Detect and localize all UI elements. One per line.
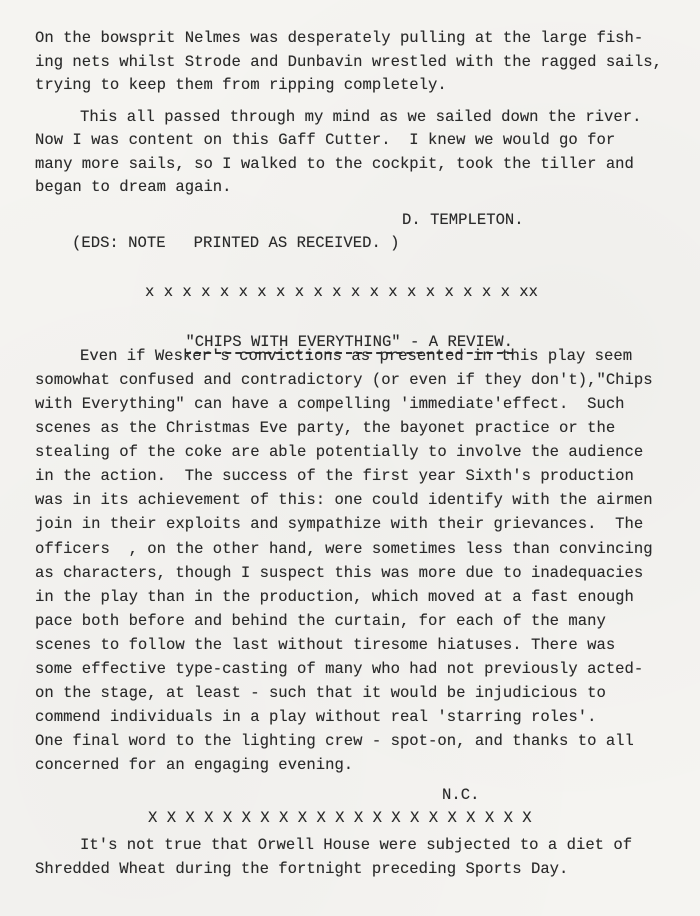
review-line: pace both before and behind the curtain,… (35, 612, 606, 630)
footnote-line: It's not true that Orwell House were sub… (80, 836, 632, 854)
author-signature: D. TEMPLETON. (402, 211, 524, 229)
review-line: as characters, though I suspect this was… (35, 564, 643, 582)
typewritten-page: On the bowsprit Nelmes was desperately p… (0, 0, 700, 916)
review-line: was in its achievement of this: one coul… (35, 491, 653, 509)
story-line: Now I was content on this Gaff Cutter. I… (35, 131, 615, 149)
story-line: On the bowsprit Nelmes was desperately p… (35, 29, 643, 47)
review-line: with Everything" can have a compelling '… (35, 395, 625, 413)
review-line: Even if Wesker's convictions as presente… (80, 347, 632, 365)
review-line: somowhat confused and contradictory (or … (35, 371, 653, 389)
story-line: many more sails, so I walked to the cock… (35, 155, 634, 173)
review-line: some effective type-casting of many who … (35, 660, 643, 678)
story-line: trying to keep them from ripping complet… (35, 76, 447, 94)
story-line: began to dream again. (35, 178, 232, 196)
review-line: in the play than in the production, whic… (35, 588, 634, 606)
section-separator: x x x x x x x x x x x x x x x x x x x x … (145, 283, 538, 301)
review-line: join in their exploits and sympathize wi… (35, 515, 643, 533)
review-line: commend individuals in a play without re… (35, 708, 596, 726)
story-line: This all passed through my mind as we sa… (80, 108, 641, 126)
review-line: in the action. The success of the first … (35, 467, 634, 485)
review-line: stealing of the coke are able potentiall… (35, 443, 643, 461)
story-line: ing nets whilst Strode and Dunbavin wres… (35, 53, 662, 71)
review-line: scenes as the Christmas Eve party, the b… (35, 419, 615, 437)
review-line: One final word to the lighting crew - sp… (35, 732, 634, 750)
review-line: concerned for an engaging evening. (35, 756, 353, 774)
review-author: N.C. (442, 786, 479, 804)
footnote-line: Shredded Wheat during the fortnight prec… (35, 860, 568, 878)
review-line: scenes to follow the last without tireso… (35, 636, 615, 654)
review-line: on the stage, at least - such that it wo… (35, 684, 606, 702)
editors-note: (EDS: NOTE PRINTED AS RECEIVED. ) (72, 234, 400, 252)
review-line: officers , on the other hand, were somet… (35, 540, 653, 558)
section-separator: X X X X X X X X X X X X X X X X X X X X … (148, 809, 532, 827)
